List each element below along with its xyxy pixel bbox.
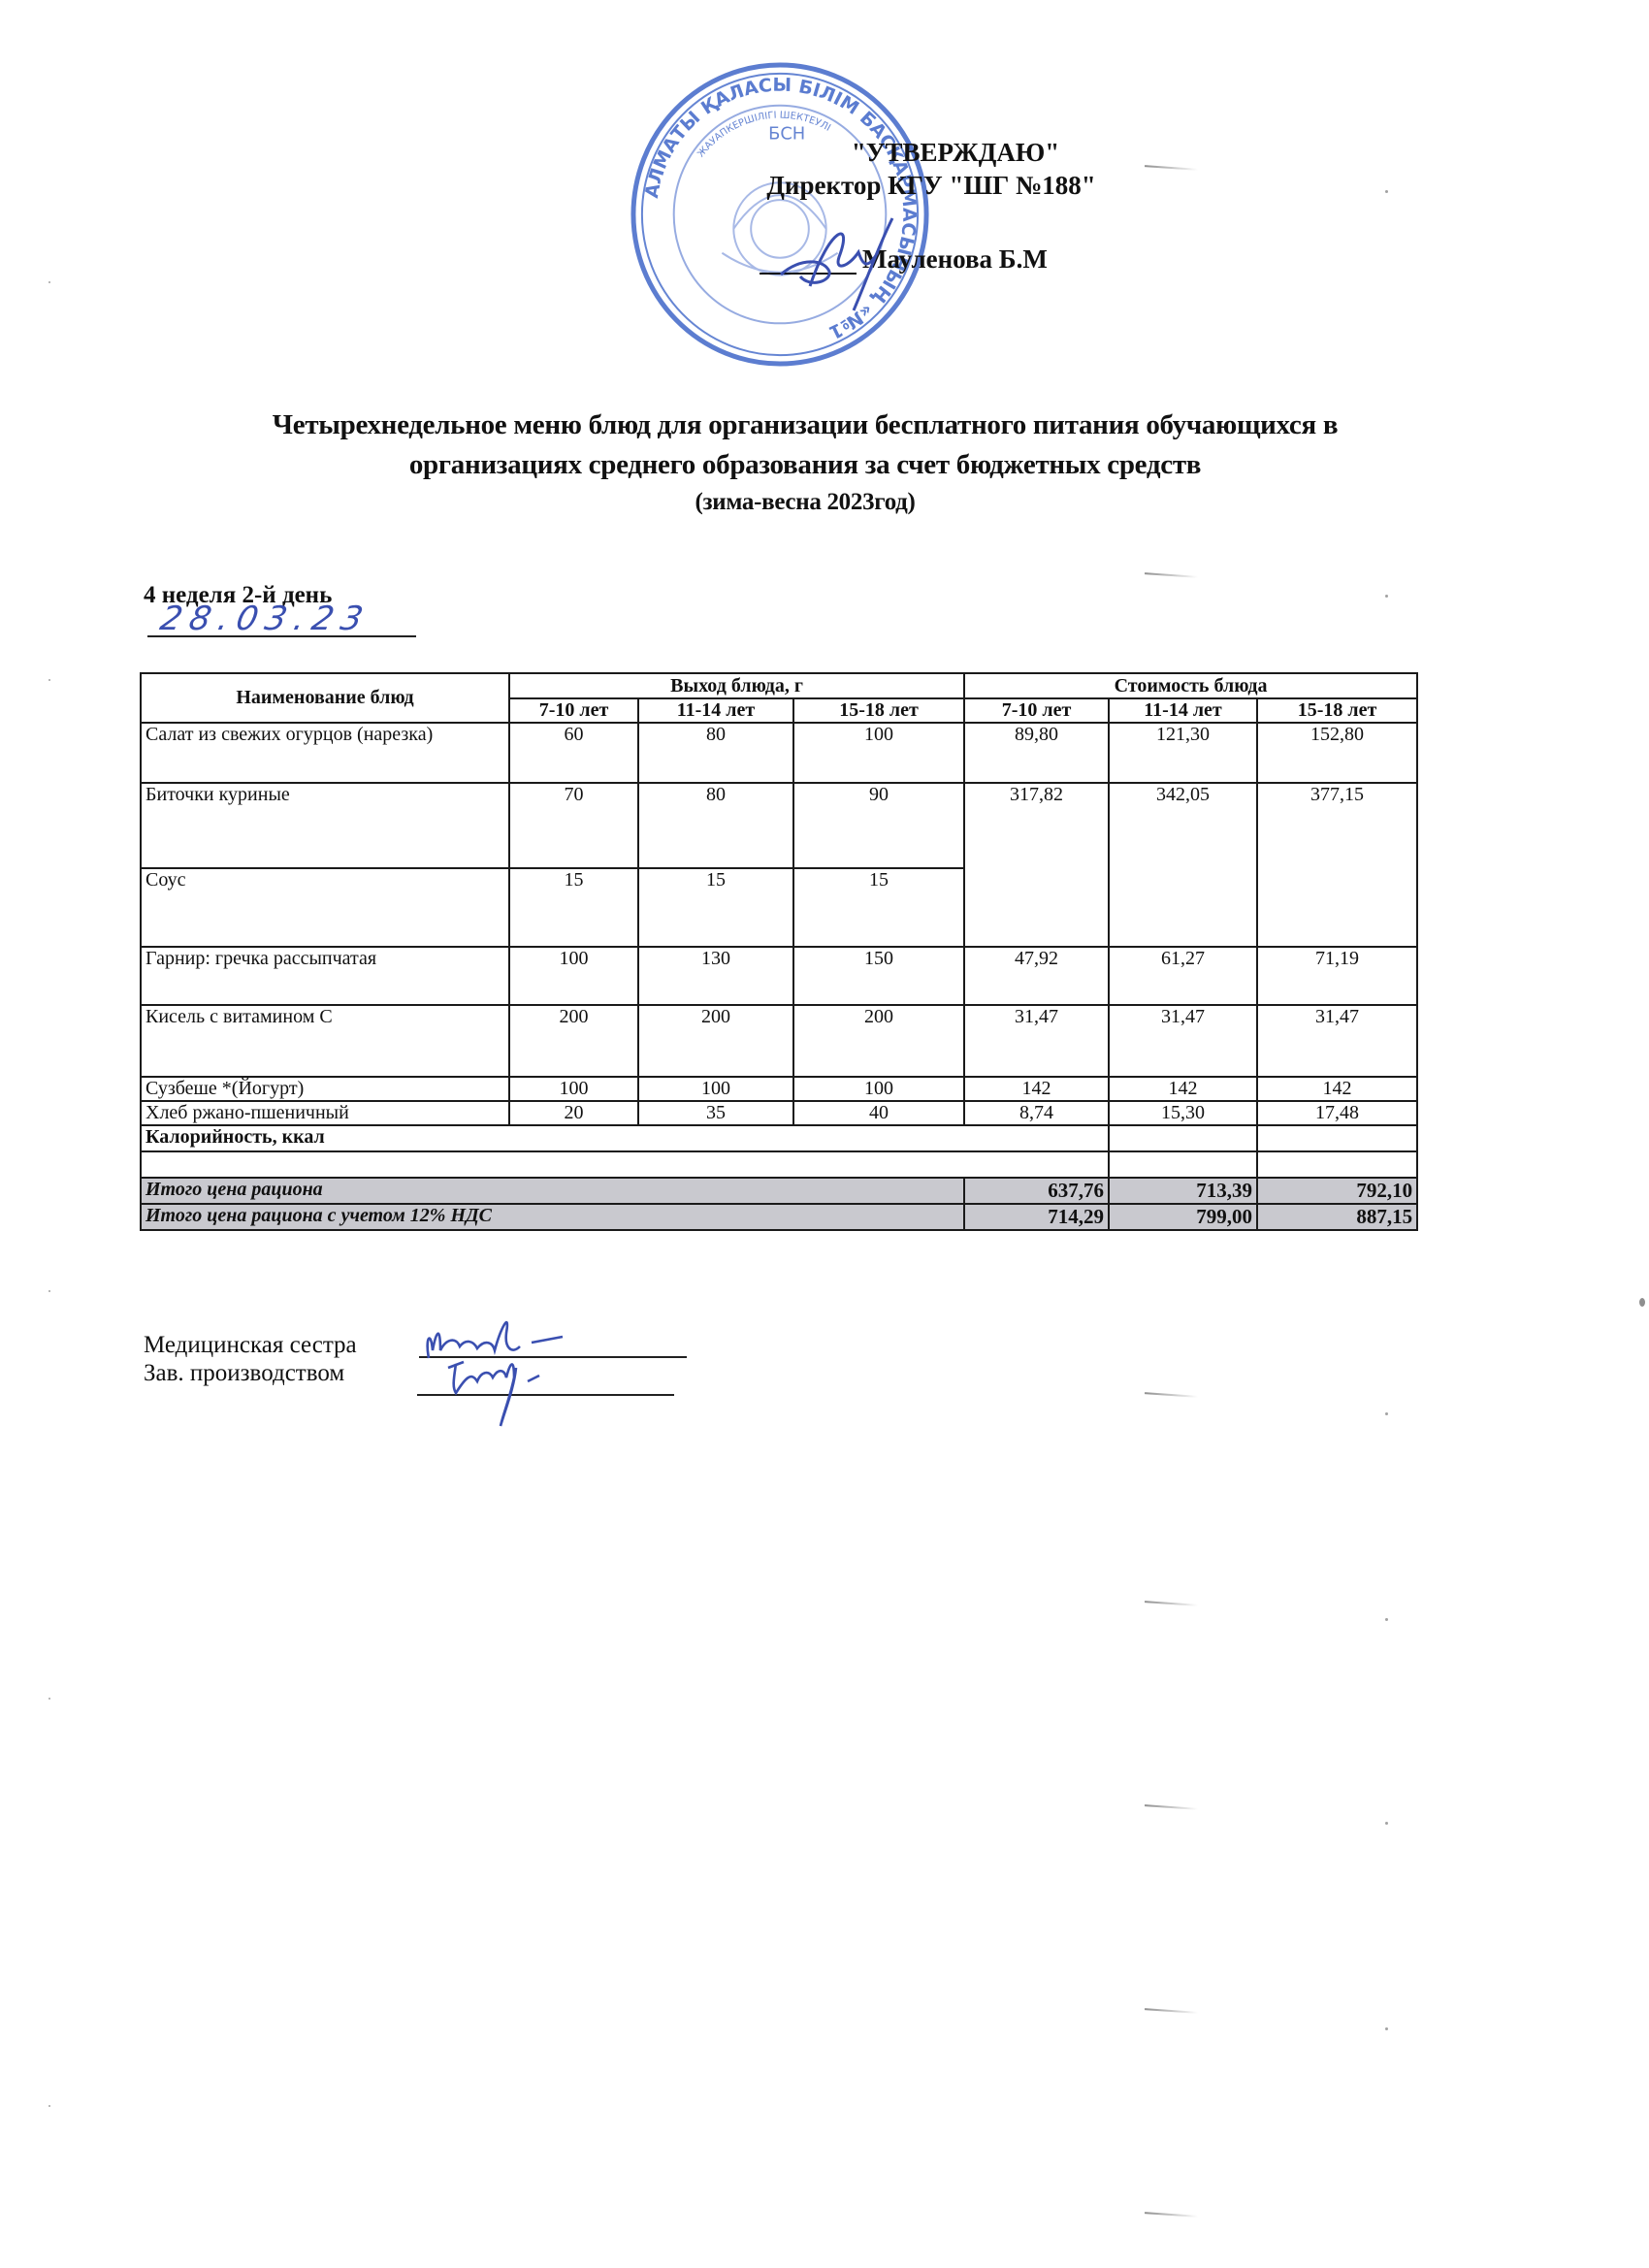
yield-11-14: 35 [638,1101,793,1125]
dish-name: Сузбеше *(Йогурт) [141,1077,509,1101]
yield-7-10: 15 [509,868,638,947]
nurse-label: Медицинская сестра [144,1331,357,1359]
table-row: Сузбеше *(Йогурт) 100 100 100 142 142 14… [141,1077,1417,1101]
scan-artifact [1145,1392,1198,1398]
staff-signatures-icon [417,1300,650,1436]
director-signature-line [760,245,857,275]
calories-11-14 [1109,1125,1257,1151]
scan-artifact [1385,1412,1388,1415]
total-vat-7-10: 714,29 [964,1204,1109,1230]
yield-7-10: 20 [509,1101,638,1125]
dish-name: Хлеб ржано-пшеничный [141,1101,509,1125]
document-title: Четырехнедельное меню блюд для организац… [126,405,1484,520]
cost-7-10: 8,74 [964,1101,1109,1125]
cost-11-14: 142 [1109,1077,1257,1101]
official-stamp: АЛМАТЫ ҚАЛАСЫ БІЛІМ БАСҚАРМАСЫНЫҢ «№1 ЖА… [626,60,934,369]
yield-11-14: 80 [638,723,793,783]
yield-15-18: 150 [793,947,964,1005]
cost-15-18: 71,19 [1257,947,1417,1005]
yield-7-10: 100 [509,1077,638,1101]
approval-block: "УТВЕРЖДАЮ" Директор КГУ "ШГ №188" [679,136,1145,202]
yield-15-18: 100 [793,723,964,783]
scan-artifact [1145,2212,1198,2218]
title-line-2: организациях среднего образования за сче… [126,445,1484,485]
scan-artifact [1385,2027,1388,2030]
calories-row: Калорийность, ккал [141,1125,1417,1151]
yield-11-14: 15 [638,868,793,947]
header-cost-11-14: 11-14 лет [1109,698,1257,723]
header-yield-7-10: 7-10 лет [509,698,638,723]
yield-11-14: 130 [638,947,793,1005]
cost-7-10: 31,47 [964,1005,1109,1077]
header-dish-name: Наименование блюд [141,673,509,723]
empty-cell [1257,1151,1417,1178]
empty-cell [1109,1151,1257,1178]
production-head-signature-line [417,1394,674,1396]
approval-heading: "УТВЕРЖДАЮ" [679,136,1145,169]
header-yield-11-14: 11-14 лет [638,698,793,723]
total-vat-label: Итого цена рациона с учетом 12% НДС [141,1204,964,1230]
scan-artifact [1639,1298,1645,1307]
header-cost: Стоимость блюда [964,673,1417,698]
stamp-seal-icon: АЛМАТЫ ҚАЛАСЫ БІЛІМ БАСҚАРМАСЫНЫҢ «№1 ЖА… [626,60,934,369]
calories-label: Калорийность, ккал [141,1125,1109,1151]
table-row: Хлеб ржано-пшеничный 20 35 40 8,74 15,30… [141,1101,1417,1125]
empty-row [141,1151,1417,1178]
yield-11-14: 80 [638,783,793,868]
scan-artifact [1145,1601,1198,1606]
yield-15-18: 40 [793,1101,964,1125]
scan-artifact [1145,572,1198,578]
yield-15-18: 100 [793,1077,964,1101]
total-7-10: 637,76 [964,1178,1109,1204]
scan-artifact [48,1290,50,1292]
title-line-1: Четырехнедельное меню блюд для организац… [126,405,1484,445]
header-cost-15-18: 15-18 лет [1257,698,1417,723]
cost-11-14: 121,30 [1109,723,1257,783]
total-15-18: 792,10 [1257,1178,1417,1204]
total-vat-15-18: 887,15 [1257,1204,1417,1230]
dish-name: Биточки куриные [141,783,509,868]
date-field: 28.03.23 [147,606,416,637]
total-11-14: 713,39 [1109,1178,1257,1204]
header-cost-7-10: 7-10 лет [964,698,1109,723]
cost-7-10: 89,80 [964,723,1109,783]
cost-15-18: 17,48 [1257,1101,1417,1125]
scan-artifact [1385,1822,1388,1825]
empty-cell [141,1151,1109,1178]
yield-15-18: 90 [793,783,964,868]
production-head-label: Зав. производством [144,1359,357,1387]
yield-11-14: 100 [638,1077,793,1101]
dish-name: Кисель с витамином С [141,1005,509,1077]
total-row: Итого цена рациона 637,76 713,39 792,10 [141,1178,1417,1204]
table-row: Салат из свежих огурцов (нарезка) 60 80 … [141,723,1417,783]
handwritten-date: 28.03.23 [157,602,373,635]
total-vat-row: Итого цена рациона с учетом 12% НДС 714,… [141,1204,1417,1230]
scan-artifact [48,2105,50,2107]
scan-artifact [1145,1804,1198,1810]
table-row: Гарнир: гречка рассыпчатая 100 130 150 4… [141,947,1417,1005]
yield-15-18: 15 [793,868,964,947]
dish-name: Гарнир: гречка рассыпчатая [141,947,509,1005]
table-row: Кисель с витамином С 200 200 200 31,47 3… [141,1005,1417,1077]
title-season: (зима-весна 2023год) [126,485,1484,520]
director-name: Мауленова Б.М [862,244,1048,275]
table-row: Биточки куриные 70 80 90 317,82 342,05 3… [141,783,1417,868]
yield-7-10: 60 [509,723,638,783]
scan-artifact [1385,190,1388,193]
approval-position: Директор КГУ "ШГ №188" [679,169,1145,202]
calories-15-18 [1257,1125,1417,1151]
scan-artifact [1385,595,1388,598]
yield-7-10: 200 [509,1005,638,1077]
cost-11-14: 15,30 [1109,1101,1257,1125]
scan-artifact [1385,1618,1388,1621]
cost-15-18: 377,15 [1257,783,1417,947]
cost-15-18: 152,80 [1257,723,1417,783]
cost-7-10: 47,92 [964,947,1109,1005]
scan-artifact [48,281,50,283]
cost-11-14: 61,27 [1109,947,1257,1005]
header-yield: Выход блюда, г [509,673,964,698]
scan-artifact [48,679,50,681]
total-label: Итого цена рациона [141,1178,964,1204]
cost-11-14: 31,47 [1109,1005,1257,1077]
cost-11-14: 342,05 [1109,783,1257,947]
cost-15-18: 31,47 [1257,1005,1417,1077]
cost-15-18: 142 [1257,1077,1417,1101]
header-yield-15-18: 15-18 лет [793,698,964,723]
yield-7-10: 100 [509,947,638,1005]
scan-artifact [1145,2008,1198,2014]
nurse-signature-line [419,1356,687,1358]
cost-7-10: 142 [964,1077,1109,1101]
yield-7-10: 70 [509,783,638,868]
total-vat-11-14: 799,00 [1109,1204,1257,1230]
yield-15-18: 200 [793,1005,964,1077]
dish-name: Соус [141,868,509,947]
yield-11-14: 200 [638,1005,793,1077]
staff-signatures: Медицинская сестра Зав. производством [144,1331,357,1387]
cost-7-10: 317,82 [964,783,1109,947]
menu-table: Наименование блюд Выход блюда, г Стоимос… [140,672,1418,1231]
dish-name: Салат из свежих огурцов (нарезка) [141,723,509,783]
scan-artifact [1145,165,1198,171]
director-signature-row: Мауленова Б.М [760,244,1048,275]
scan-artifact [48,1698,50,1700]
